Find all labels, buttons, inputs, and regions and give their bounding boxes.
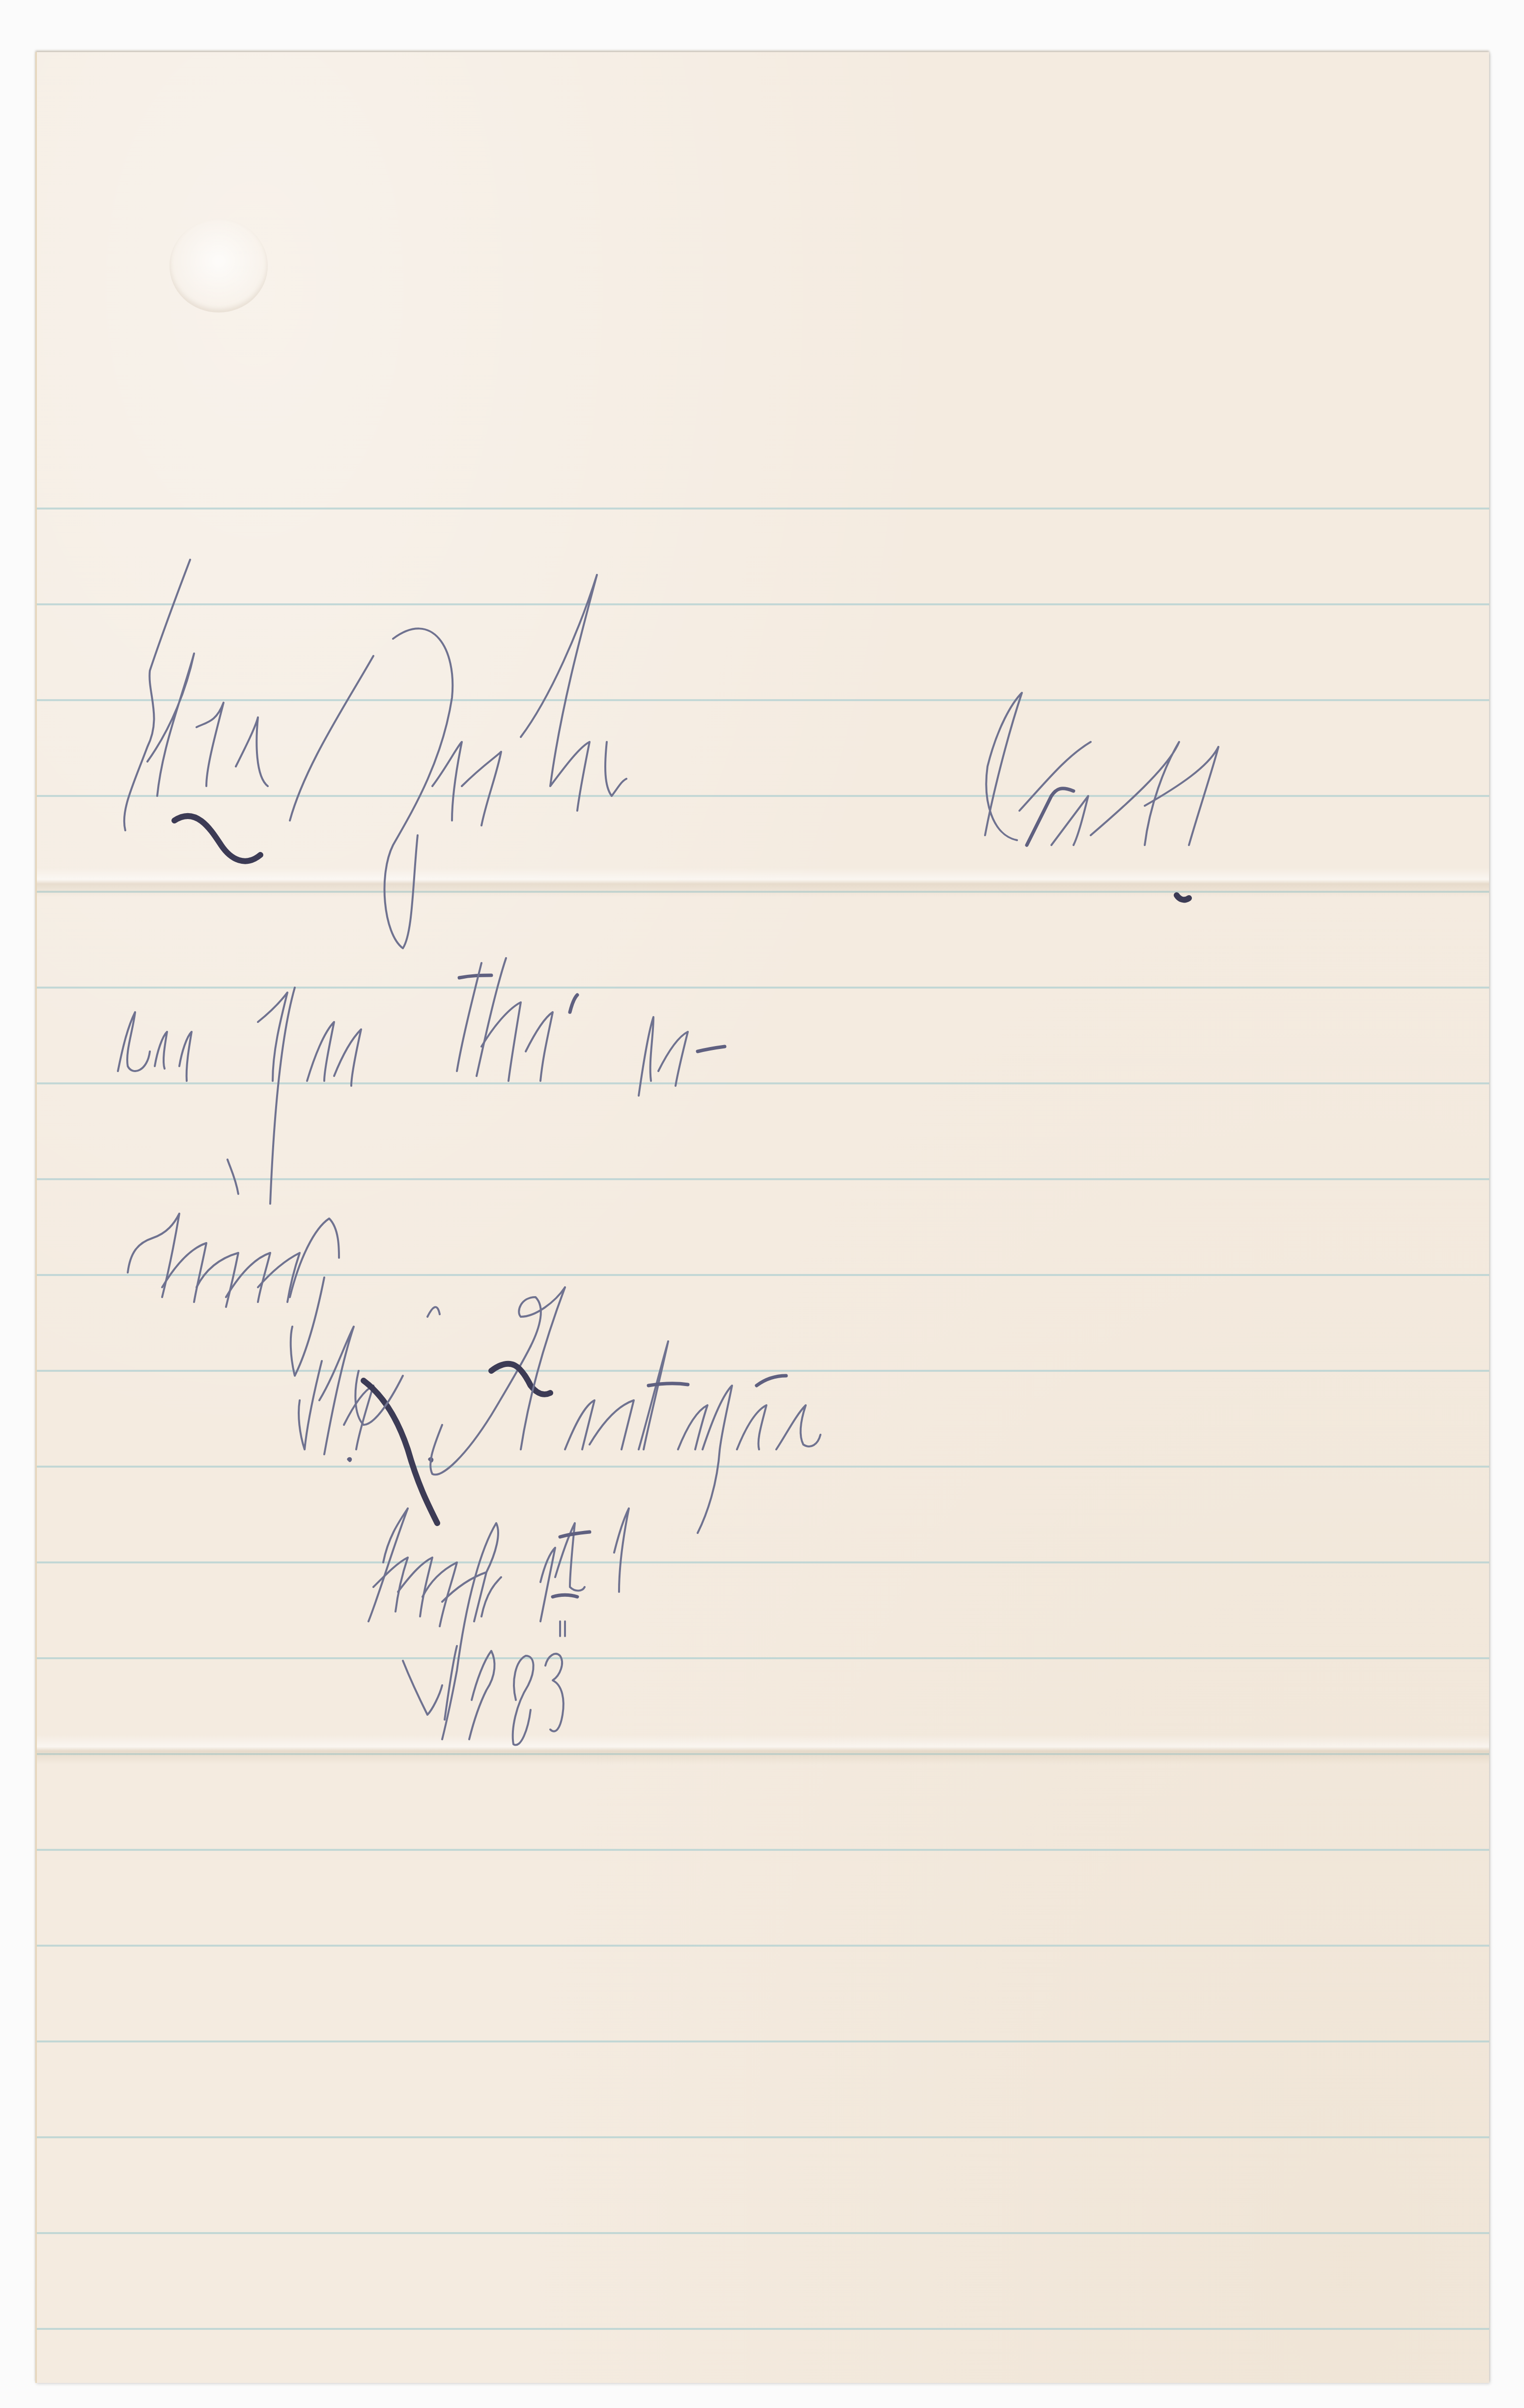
ruled-line (37, 1082, 1489, 1084)
ruled-line (37, 2232, 1489, 2234)
ruled-line (37, 1274, 1489, 1276)
ruled-line (37, 1945, 1489, 1947)
ruled-line (37, 1657, 1489, 1659)
ruled-line (37, 795, 1489, 797)
ruled-line (37, 699, 1489, 701)
ruled-line (37, 1370, 1489, 1372)
ruled-line (37, 1561, 1489, 1563)
ruled-line (37, 987, 1489, 989)
fold-crease (37, 1735, 1489, 1764)
ruled-line (37, 2136, 1489, 2138)
ruled-line (37, 508, 1489, 510)
ruled-line (37, 1466, 1489, 1468)
ruled-line (37, 2328, 1489, 2330)
ruled-line (37, 1849, 1489, 1851)
ruled-line (37, 603, 1489, 605)
ruled-line (37, 1178, 1489, 1180)
fold-crease (37, 868, 1489, 897)
embossed-stamp (169, 219, 268, 312)
ruled-line (37, 2040, 1489, 2042)
letter-sheet (35, 52, 1489, 2383)
